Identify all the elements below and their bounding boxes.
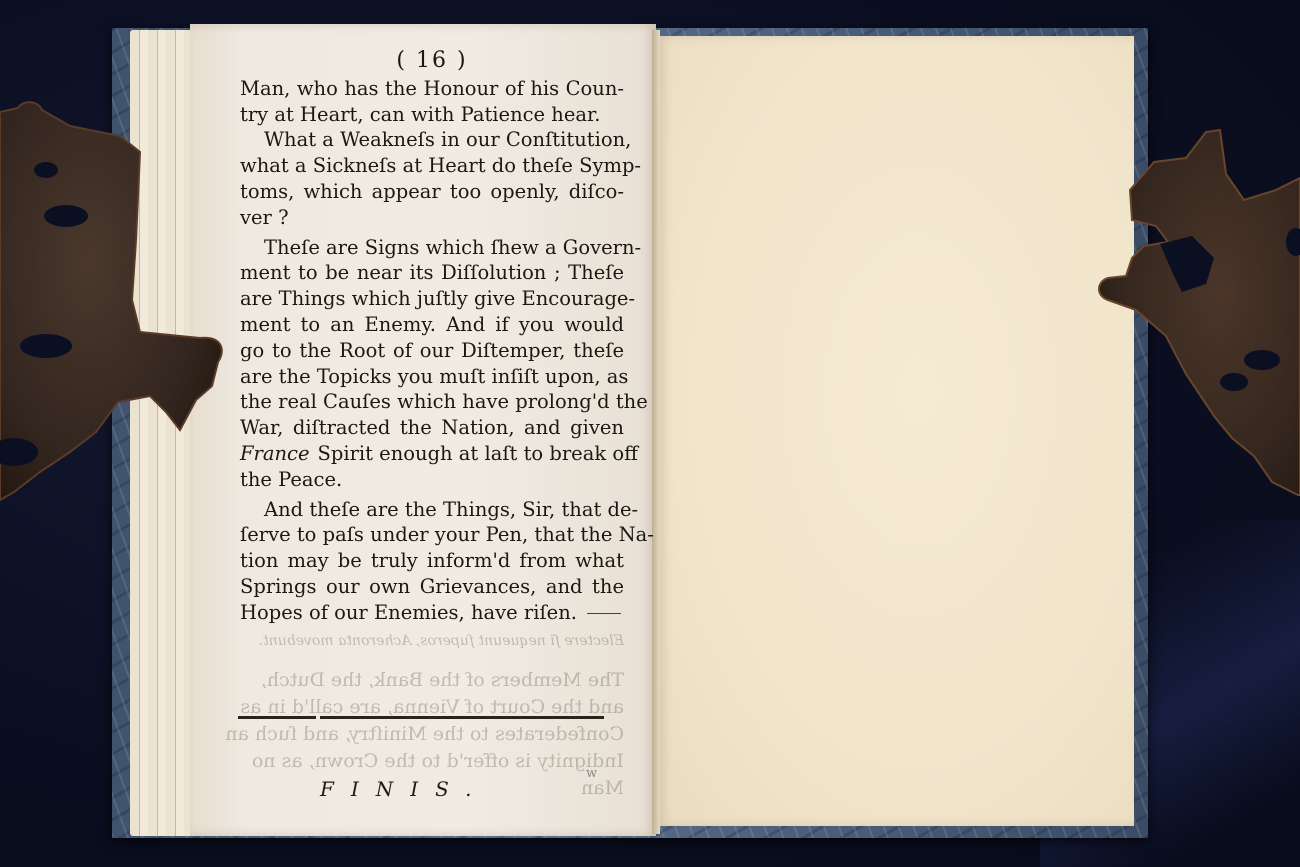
text-line: are the Topicks you muſt inſiſt upon, as — [240, 364, 624, 390]
text-line: the Peace. — [240, 467, 624, 493]
text-line: What a Weakneſs in our Conſtitution, — [240, 127, 624, 153]
italic-word-france: France — [240, 441, 310, 467]
text-line: go to the Root of our Diſtemper, theſe — [240, 338, 624, 364]
text-line: ver ? — [240, 205, 624, 231]
double-rule-left — [238, 716, 316, 719]
double-rule-right — [320, 716, 604, 719]
bleed-line: Confederates to the Miniſtry, and ſuch a… — [224, 721, 624, 748]
text-line: what a Sickneſs at Heart do theſe Symp- — [240, 153, 624, 179]
show-through-text: Electere ſi nequeunt ſuperos, Acheronta … — [224, 628, 624, 802]
bleed-line: The Members of the Bank, the Dutch, — [224, 667, 624, 694]
text-line: ment to be near its Diſſolution ; Theſe — [240, 260, 624, 286]
right-page-blank — [656, 36, 1134, 826]
text-line: War, diſtracted the Nation, and given — [240, 415, 624, 441]
text-line: France Spirit enough at laſt to break of… — [240, 441, 624, 467]
finis-label: FINIS. — [320, 777, 489, 801]
catchword-mark: w — [586, 766, 597, 781]
text-line: the real Cauſes which have prolong'd the — [240, 389, 624, 415]
right-page-weight — [1096, 126, 1300, 496]
text-line: try at Heart, can with Patience hear. — [240, 102, 624, 128]
text-line: toms, which appear too openly, diſco- — [240, 179, 624, 205]
text-line: ment to an Enemy. And if you would — [240, 312, 624, 338]
book-gutter — [652, 30, 660, 834]
text-line: Springs our own Grievances, and the — [240, 574, 624, 600]
text-line: And theſe are the Things, Sir, that de- — [240, 497, 624, 523]
page-number: ( 16 ) — [240, 48, 624, 74]
text-line: Man, who has the Honour of his Coun- — [240, 76, 624, 102]
text-line-rest: Spirit enough at laſt to break off — [310, 441, 638, 467]
final-text-line: Hopes of our Enemies, have riſen. — [240, 601, 577, 624]
printed-text-block: ( 16 ) Man, who has the Honour of his Co… — [240, 48, 624, 626]
text-line: Hopes of our Enemies, have riſen. — [240, 600, 624, 626]
text-line: Theſe are Signs which ſhew a Govern- — [240, 235, 624, 261]
text-line: are Things which juſtly give Encourage- — [240, 286, 624, 312]
end-rule — [587, 613, 621, 614]
bleed-line: Indignity is offer'd to the Crown, as no — [224, 748, 624, 775]
left-page-weight — [0, 100, 230, 520]
bleed-line: Electere ſi nequeunt ſuperos, Acheronta … — [224, 628, 624, 655]
text-line: tion may be truly inform'd from what — [240, 548, 624, 574]
text-line: ſerve to paſs under your Pen, that the N… — [240, 522, 624, 548]
